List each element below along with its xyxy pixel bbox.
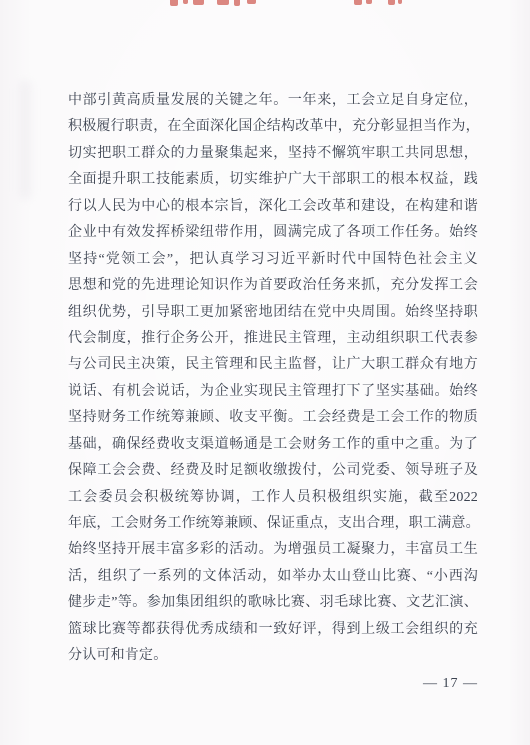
red-stroke-fragment — [170, 0, 178, 6]
text-line: 与公司民主决策，民主管理和民主监督，让广大职工群众有地方 — [68, 352, 478, 378]
text-line: 始终坚持开展丰富多彩的活动。为增强员工凝聚力，丰富员工生 — [68, 537, 478, 563]
text-line: 篮球比赛等都获得优秀成绩和一致好评，得到上级工会组织的充 — [68, 617, 478, 643]
body-text-block: 中部引黄高质量发展的关键之年。一年来，工会立足自身定位，积极履行职责，在全面深化… — [68, 88, 478, 670]
text-line: 切实把职工群众的力量聚集起来，坚持不懈筑牢职工共同思想， — [68, 141, 478, 167]
text-line: 基础，确保经费收支渠道畅通是工会财务工作的重中之重。为了 — [68, 432, 478, 458]
text-line: 分认可和肯定。 — [68, 643, 478, 669]
text-line: 思想和党的先进理论知识作为首要政治任务来抓，充分发挥工会 — [68, 273, 478, 299]
text-line: 工会委员会积极统筹协调，工作人员积极组织实施，截至2022 — [68, 485, 478, 511]
text-line: 积极履行职责，在全面深化国企结构改革中，充分彰显担当作为， — [68, 114, 478, 140]
text-line: 坚持财务工作统筹兼顾、收支平衡。工会经费是工会工作的物质 — [68, 405, 478, 431]
red-stroke-fragment — [234, 0, 240, 6]
text-line: 年底，工会财务工作统筹兼顾、保证重点，支出合理，职工满意。 — [68, 511, 478, 537]
text-line: 企业中有效发挥桥梁纽带作用，圆满完成了各项工作任务。始终 — [68, 220, 478, 246]
scanned-document-page: 中部引黄高质量发展的关键之年。一年来，工会立足自身定位，积极履行职责，在全面深化… — [0, 0, 530, 745]
text-line: 活，组织了一系列的文体活动，如举办太山登山比赛、“小西沟 — [68, 564, 478, 590]
red-stroke-fragment — [193, 0, 204, 5]
page-number: — 17 — — [423, 676, 478, 692]
red-stroke-fragment — [388, 0, 395, 5]
text-line: 保障工会会费、经费及时足额收缴拨付，公司党委、领导班子及 — [68, 458, 478, 484]
red-stroke-fragment — [183, 0, 188, 4]
text-line: 组织优势，引导职工更加紧密地团结在党中央周围。始终坚持职 — [68, 300, 478, 326]
text-line: 全面提升职工技能素质，切实维护广大干部职工的根本权益，践 — [68, 167, 478, 193]
text-line: 说话、有机会说话，为企业实现民主管理打下了坚实基础。始终 — [68, 379, 478, 405]
text-line: 行以人民为中心的根本宗旨，深化工会改革和建设，在构建和谐 — [68, 194, 478, 220]
red-stroke-fragment — [217, 0, 229, 5]
red-stroke-fragment — [366, 0, 372, 4]
red-stroke-fragment — [354, 0, 362, 5]
text-line: 代会制度，推行企务公开，推进民主管理，主动组织职工代表参 — [68, 326, 478, 352]
text-line: 坚持“党领工会”，把认真学习习近平新时代中国特色社会主义 — [68, 247, 478, 273]
text-line: 健步走”等。参加集团组织的歌咏比赛、羽毛球比赛、文艺汇演、 — [68, 590, 478, 616]
scan-smudge — [18, 80, 32, 200]
text-line: 中部引黄高质量发展的关键之年。一年来，工会立足自身定位， — [68, 88, 478, 114]
red-stroke-fragment — [247, 0, 256, 4]
red-letterhead-fragment — [0, 0, 530, 10]
red-stroke-fragment — [398, 0, 402, 4]
